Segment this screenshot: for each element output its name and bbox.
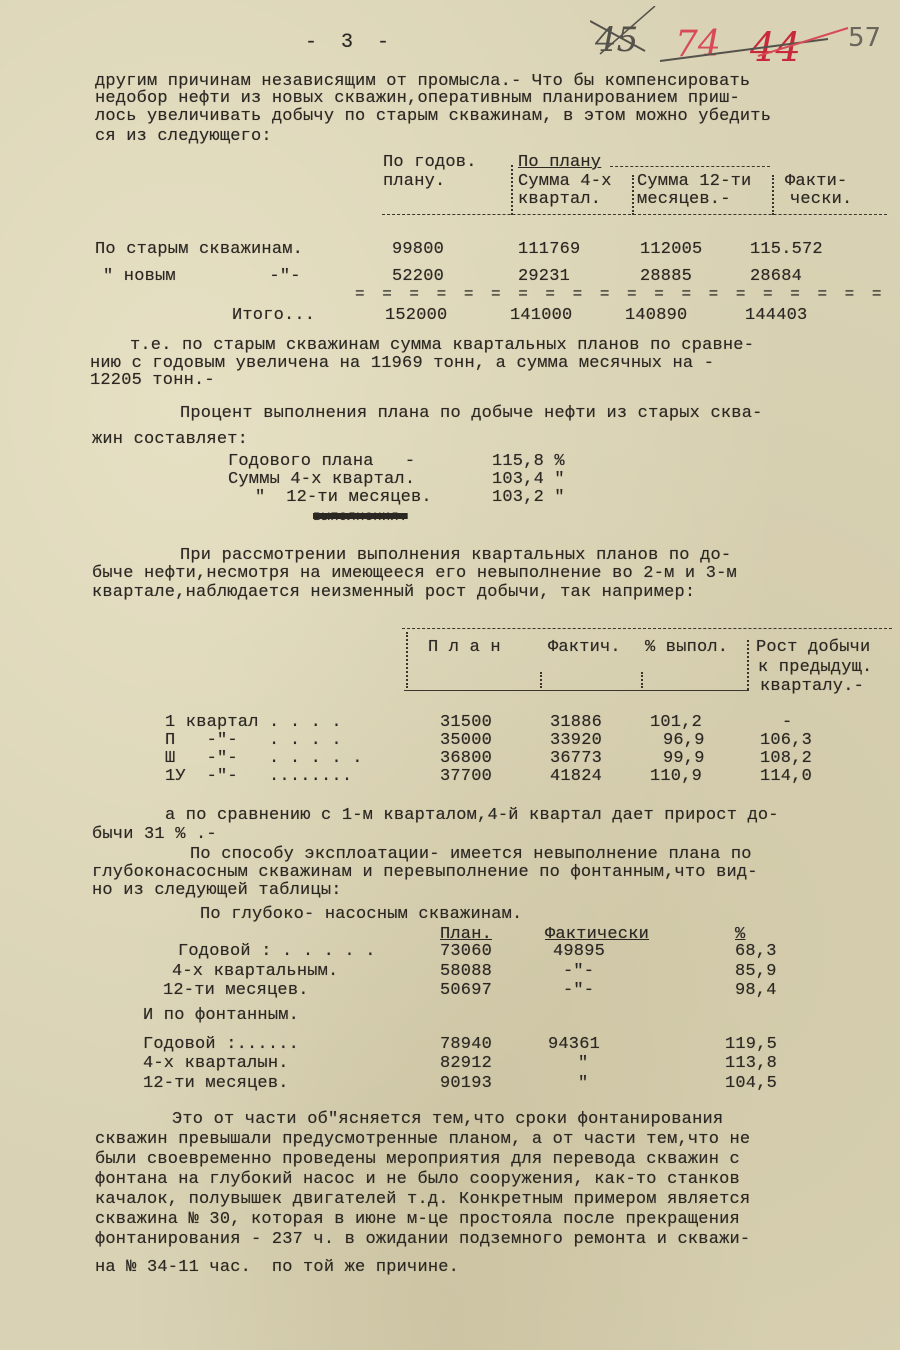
- t1-group-header: По плану: [518, 153, 601, 172]
- para6-line-2: глубоконасосным скважинам и перевыполнен…: [92, 863, 758, 882]
- para7-line-6: скважина № 30, которая в июне м-це прост…: [95, 1210, 740, 1229]
- para7-line-8: на № 34-11 час. по той же причине.: [95, 1258, 459, 1277]
- para4-line-3: квартале,наблюдается неизменный рост доб…: [92, 583, 695, 602]
- para4-line-2: быче нефти,несмотря на имеющееся его нев…: [92, 564, 737, 583]
- para7-line-3: были своевременно проведены мероприятия …: [95, 1150, 740, 1169]
- page-number: - 3 -: [305, 33, 395, 52]
- struck-word: выполнения.: [313, 508, 408, 527]
- intro-line-3: лось увеличивать добычу по старым скважи…: [95, 107, 771, 126]
- para5-line-2: бычи 31 % .-: [92, 825, 217, 844]
- t3-section-b-title: И по фонтанным.: [143, 1006, 299, 1025]
- t1-col3-h1: Сумма 12-ти: [637, 172, 751, 191]
- t1-col2-h2: квартал.: [518, 190, 601, 209]
- intro-line-4: ся из следующего:: [95, 127, 272, 146]
- para6-line-3: но из следующей таблицы:: [92, 881, 342, 900]
- para3-line-2: жин составляет:: [92, 430, 248, 449]
- para7-line-1: Это от части об"ясняется тем,что сроки ф…: [172, 1110, 723, 1129]
- current-folio-number: 57: [848, 23, 881, 53]
- para7-line-4: фонтана на глубокий насос и не было соор…: [95, 1170, 740, 1189]
- para6-line-1: По способу эксплоатации- имеется невыпол…: [190, 845, 752, 864]
- para7-line-7: фонтанирования - 237 ч. в ожидании подзе…: [95, 1230, 750, 1249]
- t1-col4-h2: чески.: [790, 190, 852, 209]
- para7-line-2: скважин превышали предусмотренные планом…: [95, 1130, 750, 1149]
- t3-section-a-title: По глубоко- насосным скважинам.: [200, 905, 522, 924]
- t1-col1-h2: плану.: [383, 172, 445, 191]
- para3-line-1: Процент выполнения плана по добыче нефти…: [180, 404, 763, 423]
- para5-line-1: а по сравнению с 1-м кварталом,4-й кварт…: [165, 806, 779, 825]
- crossed-pencil-folio-icon: 45: [590, 6, 655, 60]
- para2-line-3: 12205 тонн.-: [90, 371, 215, 390]
- intro-line-2: недобор нефти из новых скважин,оперативн…: [95, 89, 740, 108]
- t1-col4-h1: Факти-: [785, 172, 847, 191]
- t1-col2-h1: Сумма 4-х: [518, 172, 612, 191]
- t1-col3-h2: месяцев.-: [637, 190, 731, 209]
- para2-line-1: т.е. по старым скважинам сумма квартальн…: [130, 336, 754, 355]
- crossed-red-folio-icon: 74 44: [660, 24, 848, 71]
- para7-line-5: качалок, полувышек двигателей т.д. Конкр…: [95, 1190, 750, 1209]
- table1-separator: = = = = = = = = = = = = = = = = = = = = …: [355, 285, 900, 303]
- t1-col1-h1: По годов.: [383, 153, 477, 172]
- para4-line-1: При рассмотрении выполнения квартальных …: [180, 546, 731, 565]
- document-page: - 3 - 45 74 44 57 другим причинам незави…: [0, 0, 900, 1350]
